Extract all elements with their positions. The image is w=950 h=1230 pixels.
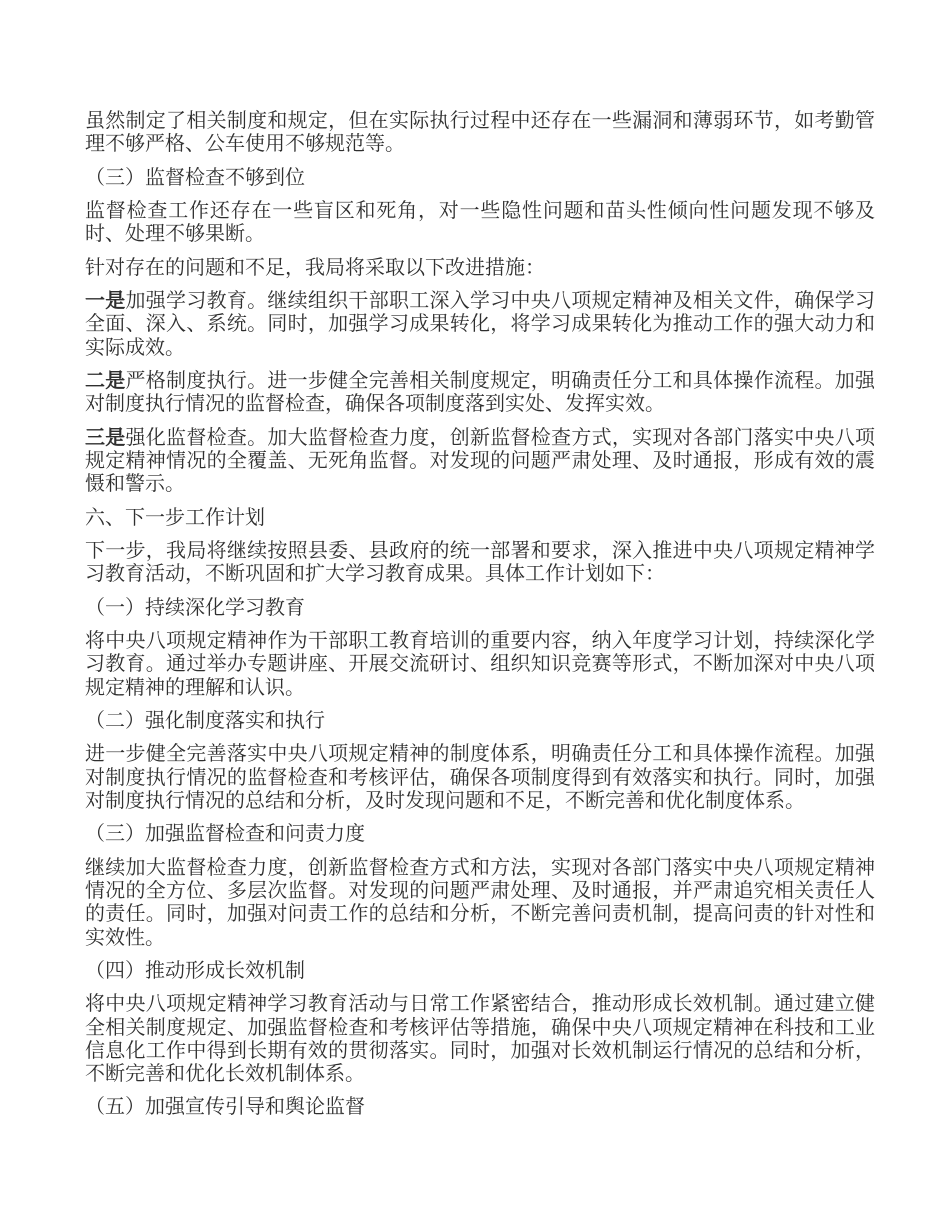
paragraph-text: 将中央八项规定精神作为干部职工教育培训的重要内容，纳入年度学习计划，持续深化学习… bbox=[85, 630, 875, 699]
paragraph-bold-lead: 一是 bbox=[85, 290, 126, 312]
heading-text: 六、下一步工作计划 bbox=[85, 507, 265, 529]
paragraph: 监督检查工作还存在一些盲区和死角，对一些隐性问题和苗头性倾向性问题发现不够及时、… bbox=[85, 200, 875, 247]
paragraph-bold-lead: 二是 bbox=[85, 370, 126, 392]
heading-text: （一）持续深化学习教育 bbox=[85, 597, 305, 619]
section-heading: （三）加强监督检查和问责力度 bbox=[85, 823, 875, 846]
heading-text: （四）推动形成长效机制 bbox=[85, 960, 305, 982]
paragraph: 虽然制定了相关制度和规定，但在实际执行过程中还存在一些漏洞和薄弱环节，如考勤管理… bbox=[85, 110, 875, 157]
paragraph: 三是强化监督检查。加大监督检查力度，创新监督检查方式，实现对各部门落实中央八项规… bbox=[85, 427, 875, 497]
section-heading: （五）加强宣传引导和舆论监督 bbox=[85, 1096, 875, 1119]
document-page: 虽然制定了相关制度和规定，但在实际执行过程中还存在一些漏洞和薄弱环节，如考勤管理… bbox=[85, 110, 875, 1130]
section-heading: （一）持续深化学习教育 bbox=[85, 597, 875, 620]
paragraph-text: 加强学习教育。继续组织干部职工深入学习中央八项规定精神及相关文件，确保学习全面、… bbox=[85, 290, 875, 359]
paragraph-text: 进一步健全完善落实中央八项规定精神的制度体系，明确责任分工和具体操作流程。加强对… bbox=[85, 743, 875, 812]
paragraph: 针对存在的问题和不足，我局将采取以下改进措施： bbox=[85, 257, 875, 280]
paragraph: 将中央八项规定精神学习教育活动与日常工作紧密结合，推动形成长效机制。通过建立健全… bbox=[85, 993, 875, 1086]
paragraph: 将中央八项规定精神作为干部职工教育培训的重要内容，纳入年度学习计划，持续深化学习… bbox=[85, 630, 875, 700]
section-heading: 六、下一步工作计划 bbox=[85, 507, 875, 530]
paragraph-text: 虽然制定了相关制度和规定，但在实际执行过程中还存在一些漏洞和薄弱环节，如考勤管理… bbox=[85, 110, 875, 155]
heading-text: （三）加强监督检查和问责力度 bbox=[85, 823, 365, 845]
paragraph-text: 继续加大监督检查力度，创新监督检查方式和方法，实现对各部门落实中央八项规定精神情… bbox=[85, 857, 875, 949]
heading-text: （二）强化制度落实和执行 bbox=[85, 710, 325, 732]
heading-text: （五）加强宣传引导和舆论监督 bbox=[85, 1096, 365, 1118]
paragraph: 继续加大监督检查力度，创新监督检查方式和方法，实现对各部门落实中央八项规定精神情… bbox=[85, 857, 875, 950]
section-heading: （二）强化制度落实和执行 bbox=[85, 710, 875, 733]
paragraph-bold-lead: 三是 bbox=[85, 427, 126, 449]
paragraph-text: 将中央八项规定精神学习教育活动与日常工作紧密结合，推动形成长效机制。通过建立健全… bbox=[85, 993, 875, 1085]
paragraph: 下一步，我局将继续按照县委、县政府的统一部署和要求，深入推进中央八项规定精神学习… bbox=[85, 540, 875, 587]
paragraph: 进一步健全完善落实中央八项规定精神的制度体系，明确责任分工和具体操作流程。加强对… bbox=[85, 743, 875, 813]
paragraph-text: 严格制度执行。进一步健全完善相关制度规定，明确责任分工和具体操作流程。加强对制度… bbox=[85, 370, 875, 415]
section-heading: （三）监督检查不够到位 bbox=[85, 167, 875, 190]
paragraph-text: 下一步，我局将继续按照县委、县政府的统一部署和要求，深入推进中央八项规定精神学习… bbox=[85, 540, 875, 585]
heading-text: （三）监督检查不够到位 bbox=[85, 167, 305, 189]
paragraph: 二是严格制度执行。进一步健全完善相关制度规定，明确责任分工和具体操作流程。加强对… bbox=[85, 370, 875, 417]
paragraph-text: 监督检查工作还存在一些盲区和死角，对一些隐性问题和苗头性倾向性问题发现不够及时、… bbox=[85, 200, 875, 245]
section-heading: （四）推动形成长效机制 bbox=[85, 960, 875, 983]
paragraph: 一是加强学习教育。继续组织干部职工深入学习中央八项规定精神及相关文件，确保学习全… bbox=[85, 290, 875, 360]
paragraph-text: 强化监督检查。加大监督检查力度，创新监督检查方式，实现对各部门落实中央八项规定精… bbox=[85, 427, 875, 496]
paragraph-text: 针对存在的问题和不足，我局将采取以下改进措施： bbox=[85, 257, 545, 279]
